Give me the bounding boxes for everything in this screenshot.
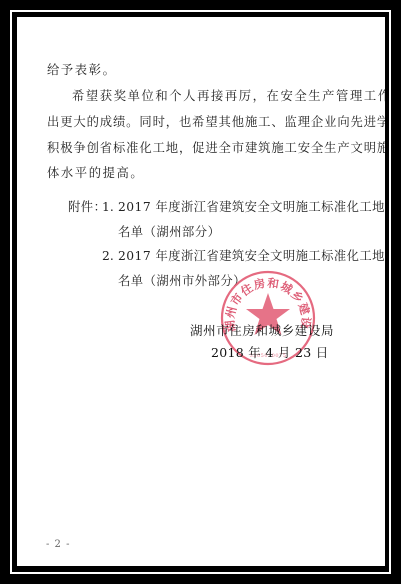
signature-organization: 湖州市住房和城乡建设局 (190, 324, 334, 338)
attachment-1-title-cont: 名单（湖州部分） (118, 225, 220, 239)
paragraph-line-3: 出更大的成绩。同时，也希望其他施工、监理企业向先进学习， (47, 115, 385, 129)
attachment-1-number: 1. (102, 200, 114, 214)
paragraph-line-5: 体水平的提高。 (47, 166, 144, 180)
paragraph-line-4: 积极争创省标准化工地，促进全市建筑施工安全生产文明施工总 (47, 141, 385, 155)
paragraph-line-2: 希望获奖单位和个人再接再厉，在安全生产管理工作方面做 (72, 89, 385, 103)
page-number: - 2 - (46, 539, 70, 550)
attachments-label: 附件： (68, 200, 106, 214)
attachment-2-title: 2017 年度浙江省建筑安全文明施工标准化工地 (118, 249, 385, 263)
paragraph-line-1: 给予表彰。 (47, 63, 117, 77)
attachment-1-title: 2017 年度浙江省建筑安全文明施工标准化工地 (118, 200, 385, 214)
attachment-2-number: 2. (102, 249, 114, 263)
document-page: 给予表彰。 希望获奖单位和个人再接再厉，在安全生产管理工作方面做 出更大的成绩。… (17, 17, 385, 566)
signature-date: 2018 年 4 月 23 日 (211, 346, 329, 360)
